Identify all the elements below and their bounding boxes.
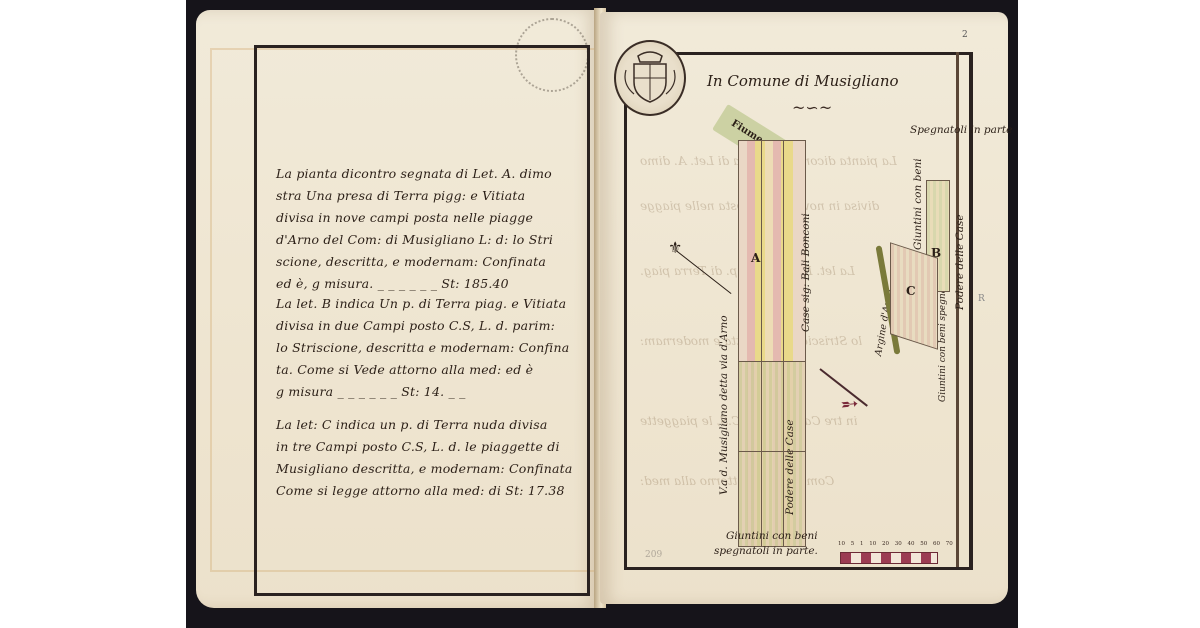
- scale-tick: 10: [838, 541, 845, 547]
- text-line: lo Striscione, descritta e modernam: Con…: [276, 337, 576, 359]
- margin-mark: R: [978, 294, 985, 304]
- text-line: d'Arno del Com: di Musigliano L: d: lo S…: [276, 229, 576, 251]
- paragraph-c: La let: C indica un p. di Terra nuda div…: [276, 414, 576, 502]
- text-line: divisa in nove campi posta nelle piagge: [276, 207, 576, 229]
- casa-label: Case sig: Bali Bonconi: [800, 213, 812, 332]
- scale-tick: 40: [908, 541, 915, 547]
- parcel-c-label: C: [906, 284, 916, 298]
- podere-right-label: Podere delle Case: [954, 214, 966, 310]
- pencil-number: 209: [645, 550, 662, 560]
- road-label: V.a d. Musigliano detta via d'Arno: [718, 315, 730, 495]
- scale-tick: 70: [946, 541, 953, 547]
- text-line: La let. B indica Un p. di Terra piag. e …: [276, 293, 576, 315]
- text-line: Come si legge attorno alla med: di St: 1…: [276, 480, 576, 502]
- coat-of-arms-stamp: [614, 40, 686, 116]
- podere-label: Podere delle Case: [784, 419, 796, 515]
- scale-tick: 50: [920, 541, 927, 547]
- scale-tick: 5: [851, 541, 855, 547]
- text-line: La let: C indica un p. di Terra nuda div…: [276, 414, 576, 436]
- giuntini-right-label: Giuntini con beni: [912, 158, 924, 250]
- text-line: g misura _ _ _ _ _ _ St: 14. _ _: [276, 381, 576, 403]
- map-title: In Comune di Musigliano: [707, 72, 899, 90]
- map-scale-bar: [840, 552, 938, 564]
- text-line: Musigliano descritta, e modernam: Confin…: [276, 458, 576, 480]
- scale-tick: 60: [933, 541, 940, 547]
- bottom-caption-line1: Giuntini con beni: [726, 530, 818, 542]
- text-line: stra Una presa di Terra pigg: e Vitiata: [276, 185, 576, 207]
- coat-of-arms-icon: [616, 42, 684, 114]
- scale-tick: 10: [869, 541, 876, 547]
- title-flourish: ~∽~: [792, 98, 832, 117]
- corner-mark: 2: [962, 30, 968, 40]
- scale-tick: 1: [860, 541, 864, 547]
- scale-tick: 30: [895, 541, 902, 547]
- parcel-a-label: A: [751, 251, 760, 265]
- paragraph-b: La let. B indica Un p. di Terra piag. e …: [276, 293, 576, 403]
- bottom-caption-line2: spegnatoli in parte.: [714, 545, 818, 557]
- text-line: in tre Campi posto C.S, L. d. le piagget…: [276, 436, 576, 458]
- text-line: scione, descritta, e modernam: Confinata: [276, 251, 576, 273]
- text-line: ed è, g misura. _ _ _ _ _ _ St: 185.40: [276, 273, 576, 295]
- top-right-label: Spegnatoli in parte: [910, 124, 1012, 136]
- text-line: La pianta dicontro segnata di Let. A. di…: [276, 163, 576, 185]
- scale-ticks: 10 5 1 10 20 30 40 50 60 70: [838, 541, 953, 547]
- text-line: ta. Come si Vede attorno alla med: ed è: [276, 359, 576, 381]
- paragraph-a: La pianta dicontro segnata di Let. A. di…: [276, 163, 576, 295]
- text-line: divisa in due Campi posto C.S, L. d. par…: [276, 315, 576, 337]
- scale-tick: 20: [882, 541, 889, 547]
